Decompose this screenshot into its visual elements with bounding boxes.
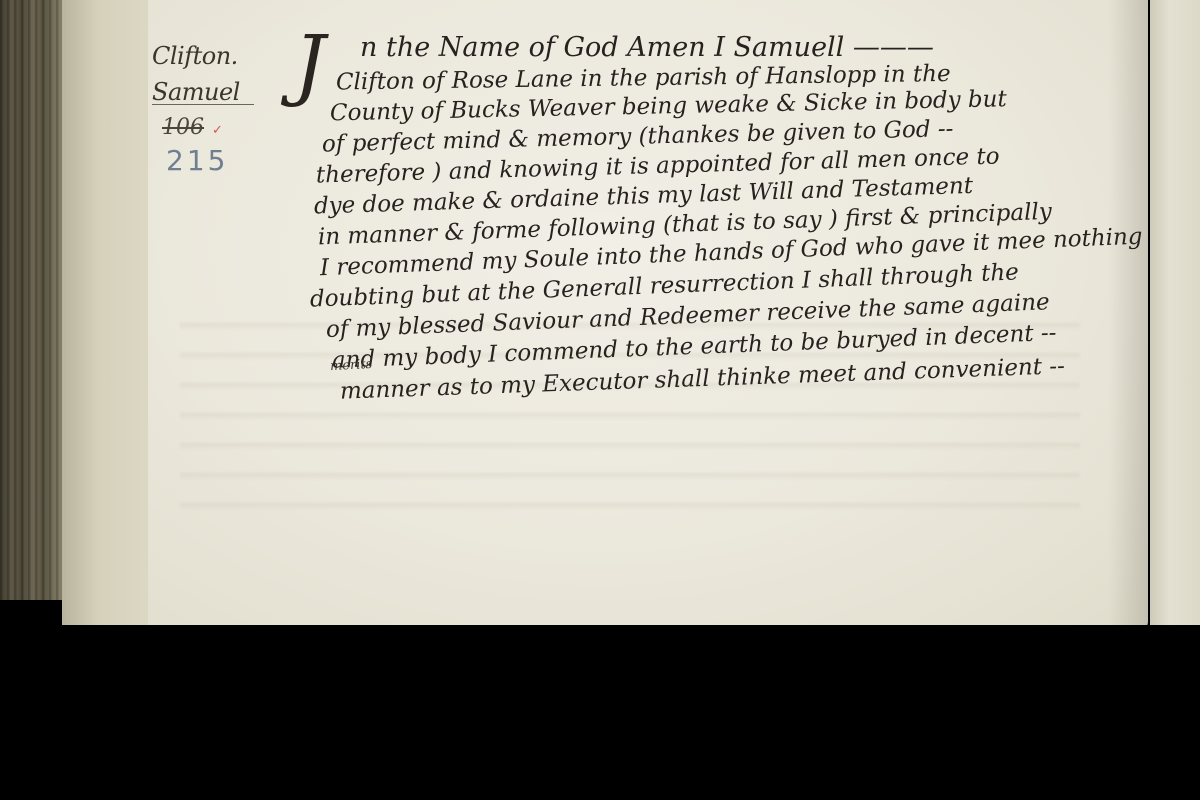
struck-folio-number: 106 — [152, 115, 204, 140]
facing-page-edge — [1150, 0, 1200, 650]
gutter-page — [62, 0, 152, 625]
margin-given-name: Samuel — [152, 80, 254, 105]
manuscript-photo: Clifton. Samuel 106✓ 215 J n the Name of… — [0, 0, 1200, 800]
will-text: J n the Name of God Amen I Samuell ——— C… — [300, 28, 1140, 409]
check-mark-icon: ✓ — [212, 123, 223, 138]
page-edges — [0, 0, 70, 600]
dark-background — [0, 625, 1200, 800]
folio-number: 215 — [152, 144, 282, 177]
margin-annotation: Clifton. Samuel 106✓ 215 — [152, 44, 282, 177]
interlinear-insertion: merits — [330, 357, 373, 374]
margin-surname: Clifton. — [152, 44, 282, 68]
